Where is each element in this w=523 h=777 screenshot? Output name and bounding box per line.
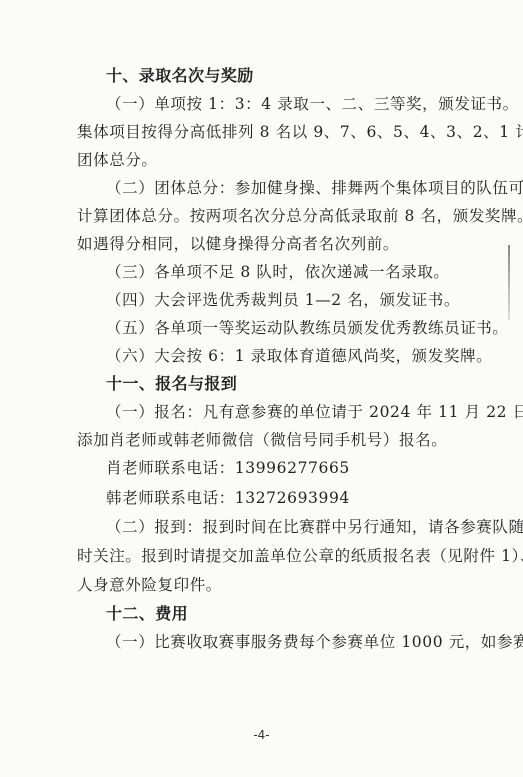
document-page: 十、录取名次与奖励 （一）单项按 1：3：4 录取一、二、三等奖，颁发证书。 集… (0, 0, 523, 777)
section-heading-12: 十二、费用 (106, 604, 486, 624)
contact-phone-xiao: 肖老师联系电话：13996277665 (106, 458, 486, 478)
paragraph-line: （二）团体总分：参加健身操、排舞两个集体项目的队伍可 (106, 178, 486, 198)
paragraph-line: （四）大会评选优秀裁判员 1—2 名，颁发证书。 (106, 290, 486, 310)
paragraph-line: （一）单项按 1：3：4 录取一、二、三等奖，颁发证书。 (106, 94, 486, 114)
paragraph-line: 人身意外险复印件。 (77, 575, 457, 595)
paragraph-line: （一）报名：凡有意参赛的单位请于 2024 年 11 月 22 日前 (106, 402, 486, 422)
page-number: -4- (0, 728, 523, 742)
paragraph-line: （六）大会按 6：1 录取体育道德风尚奖，颁发奖牌。 (106, 346, 486, 366)
paragraph-line: （二）报到：报到时间在比赛群中另行通知，请各参赛队随 (106, 517, 486, 537)
paragraph-line: （三）各单项不足 8 队时，依次递减一名录取。 (106, 262, 486, 282)
paragraph-line: 团体总分。 (77, 150, 457, 170)
paragraph-line: 添加肖老师或韩老师微信（微信号同手机号）报名。 (77, 430, 457, 450)
paragraph-line: 时关注。报到时请提交加盖单位公章的纸质报名表（见附件 1）、 (77, 546, 457, 566)
paragraph-line: 计算团体总分。按两项名次分总分高低录取前 8 名，颁发奖牌。 (77, 206, 457, 226)
section-heading-10: 十、录取名次与奖励 (106, 66, 486, 86)
paragraph-line: 集体项目按得分高低排列 8 名以 9、7、6、5、4、3、2、1 计入 (77, 122, 457, 142)
contact-phone-han: 韩老师联系电话：13272693994 (106, 488, 486, 508)
section-heading-11: 十一、报名与报到 (106, 374, 486, 394)
page-edge-shadow (508, 245, 510, 320)
paragraph-line: 如遇得分相同，以健身操得分高者名次列前。 (77, 234, 457, 254)
paragraph-line: （五）各单项一等奖运动队教练员颁发优秀教练员证书。 (106, 318, 486, 338)
paragraph-line: （一）比赛收取赛事服务费每个参赛单位 1000 元，如参赛 (106, 632, 486, 652)
